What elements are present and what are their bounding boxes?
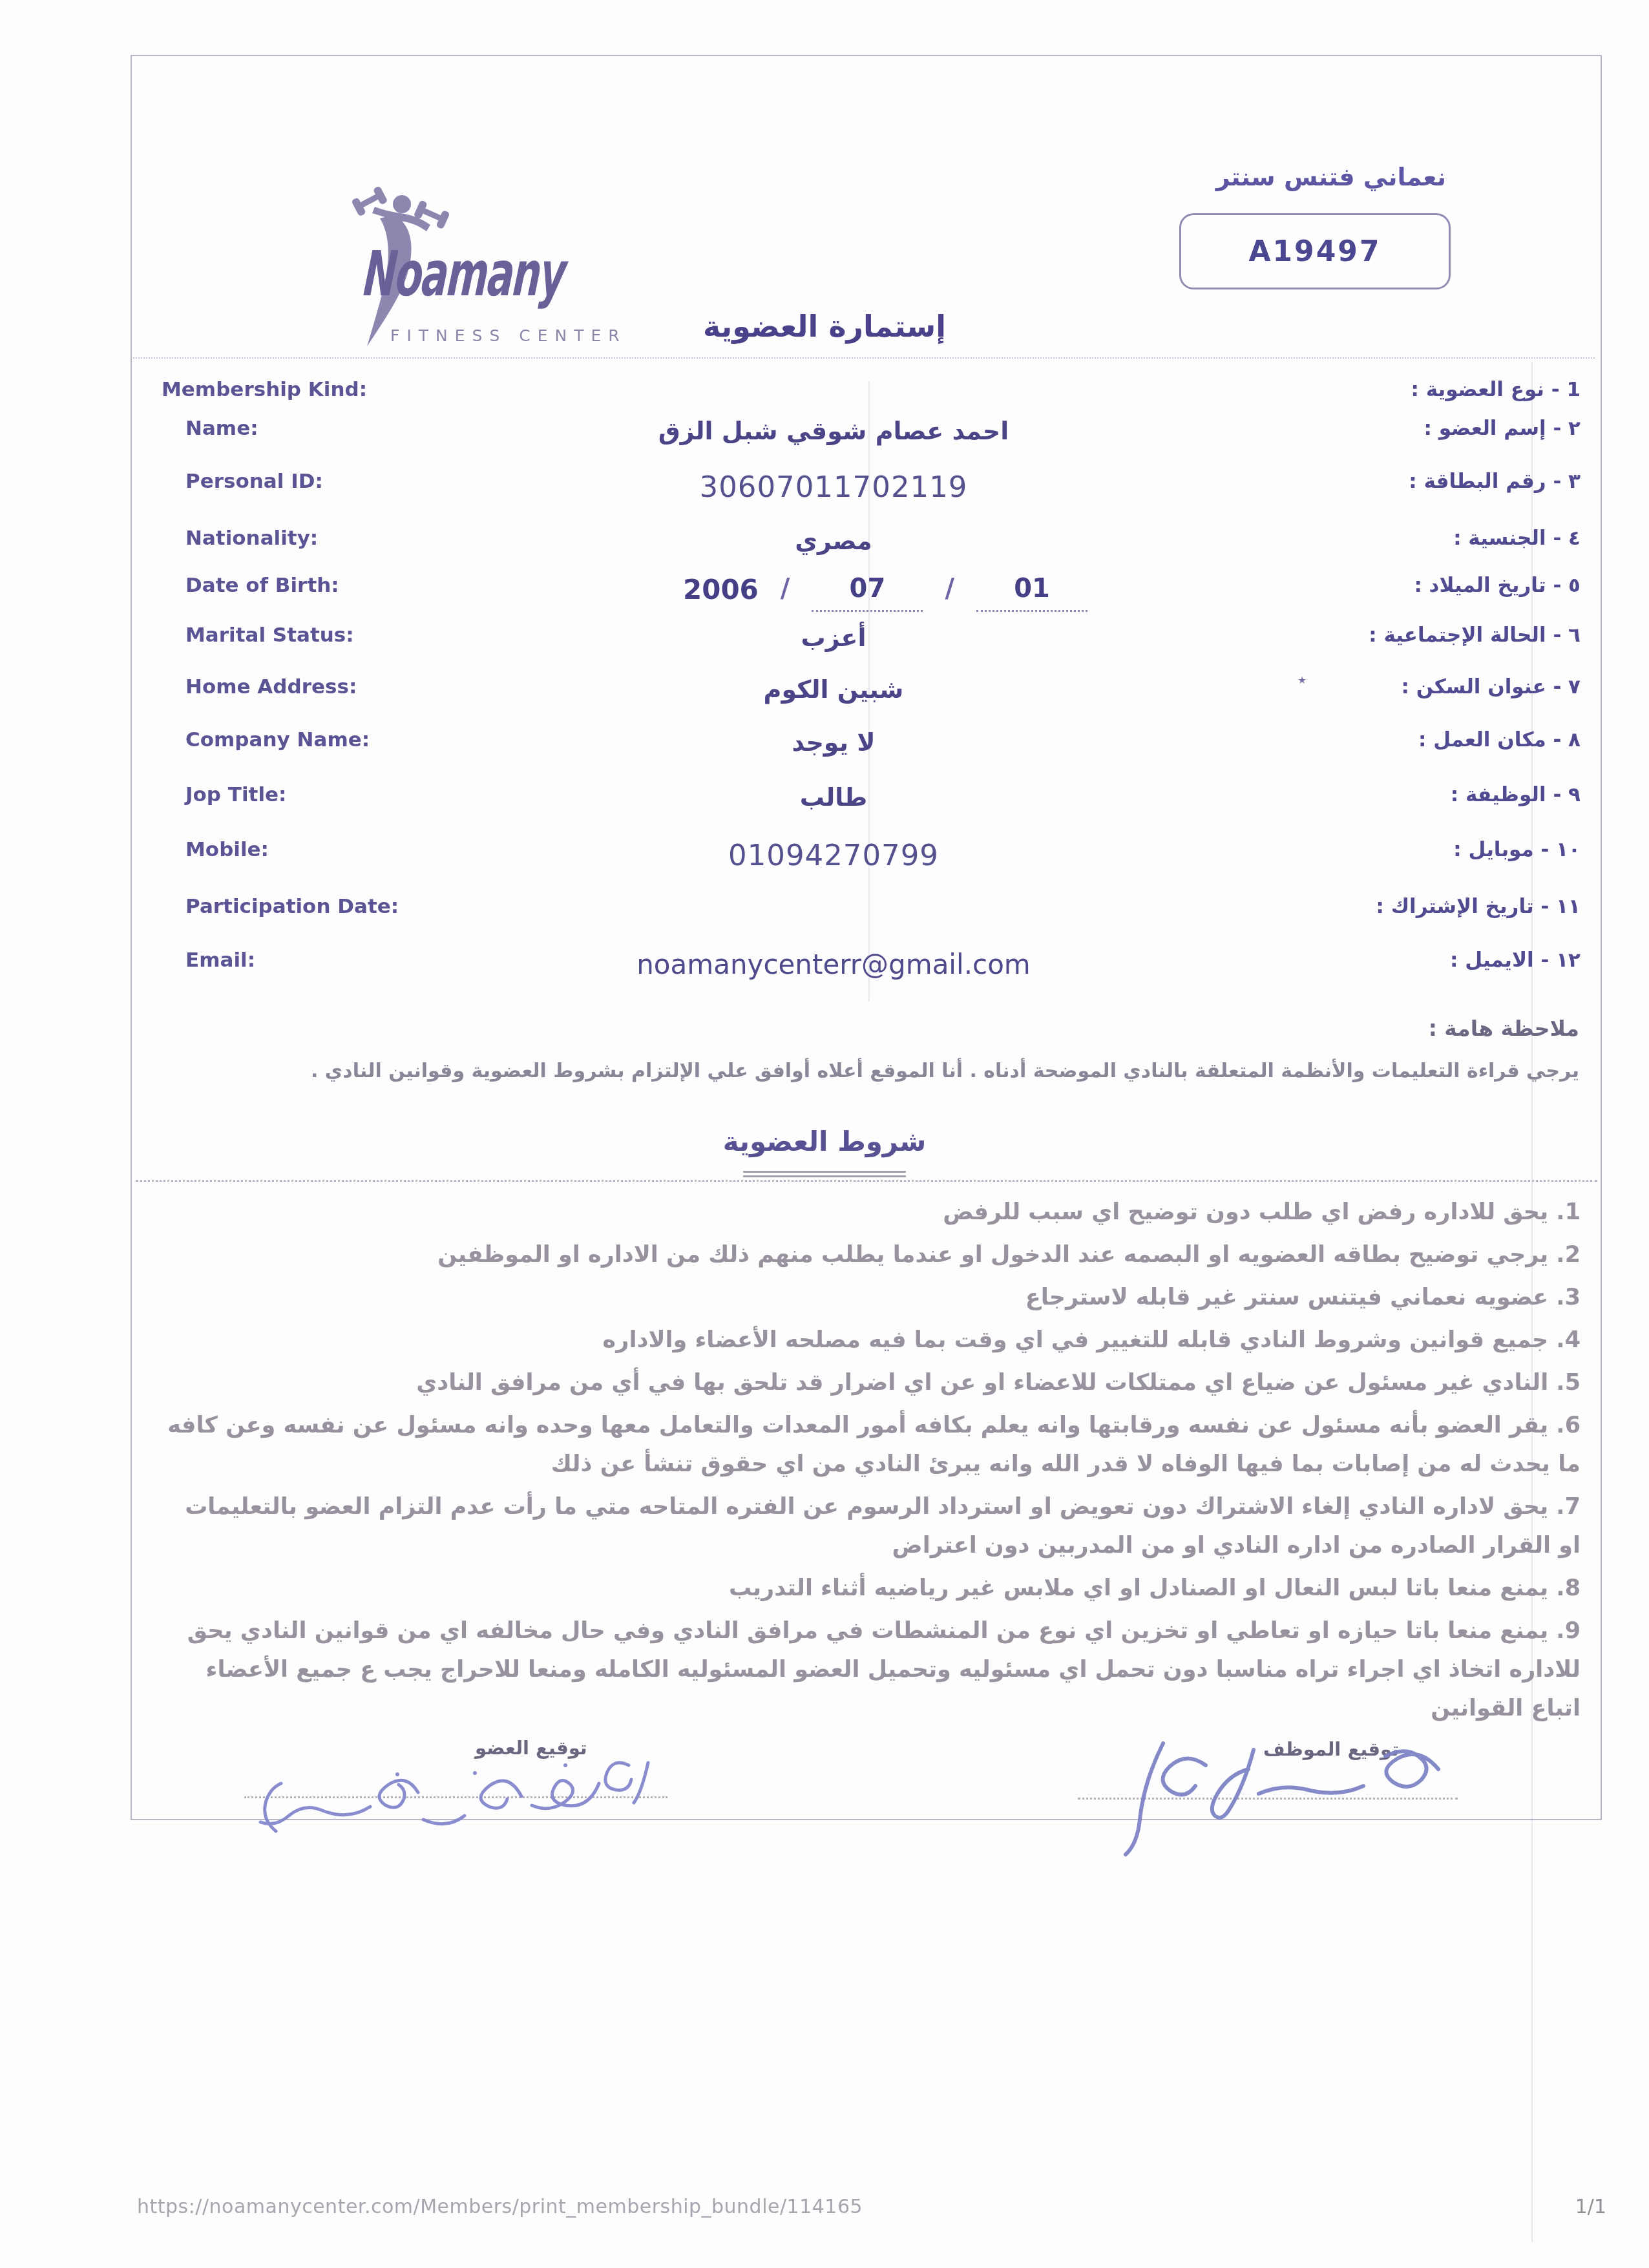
field-label-en: Jop Title: xyxy=(185,783,286,806)
staff-handwritten-signature xyxy=(1060,1724,1473,1860)
field-label-ar: ٧ - عنوان السكن : xyxy=(1402,675,1581,698)
dotted-divider xyxy=(136,1180,1597,1182)
form-row-email: Email: noamanycenterr@gmail.com ١٢ - الا… xyxy=(0,949,1649,990)
date-of-birth-value: 2006 / 07 / 01 xyxy=(569,574,1202,612)
dob-separator: / xyxy=(781,574,790,604)
dob-day: 01 xyxy=(976,574,1087,612)
membership-code: A19497 xyxy=(1248,235,1381,268)
footer-url: https://noamanycenter.com/Members/print_… xyxy=(137,2196,863,2218)
page-number: 1/1 xyxy=(1575,2196,1606,2218)
term-item: 9. يمنع منعا باتا حيازه او تعاطي او تخزي… xyxy=(163,1612,1581,1728)
form-row-marital-status: Marital Status: أعزب ٦ - الحالة الإجتماع… xyxy=(0,624,1649,665)
field-value: شبين الكوم xyxy=(517,675,1150,704)
membership-terms-list: 1. يحق للاداره رفض اي طلب دون توضيح اي س… xyxy=(163,1193,1581,1732)
form-row-home-address: Home Address: شبين الكوم ٧ - عنوان السكن… xyxy=(0,675,1649,717)
field-label-ar: ٣ - رقم البطاقة : xyxy=(1409,470,1581,493)
field-label-en: Name: xyxy=(185,417,258,440)
field-value: 01094270799 xyxy=(517,838,1150,872)
term-item: 4. جميع قوانين وشروط النادي قابله للتغيي… xyxy=(163,1321,1581,1360)
field-label-ar: ١٠ - موبايل : xyxy=(1453,838,1581,861)
term-item: 7. يحق لاداره النادي إلغاء الاشتراك دون … xyxy=(163,1487,1581,1565)
form-row-participation-date: Participation Date: ١١ - تاريخ الإشتراك … xyxy=(0,895,1649,936)
field-label-ar: ٨ - مكان العمل : xyxy=(1418,728,1581,751)
field-label-ar: ١٢ - الايميل : xyxy=(1450,949,1581,972)
terms-section-title: شروط العضوية xyxy=(0,1126,1649,1157)
form-row-personal-id: Personal ID: 30607011702119 ٣ - رقم البط… xyxy=(0,470,1649,511)
important-note-body: يرجي قراءة التعليمات والأنظمة المتعلقة ب… xyxy=(311,1060,1579,1082)
field-value: لا يوجد xyxy=(517,728,1150,757)
brand-name-arabic: نعماني فتنس سنتر xyxy=(1216,163,1446,191)
term-item: 2. يرجي توضيح بطاقه العضويه او البصمه عن… xyxy=(163,1235,1581,1274)
member-handwritten-signature xyxy=(204,1745,669,1848)
dob-month: 07 xyxy=(812,574,923,612)
field-value: مصري xyxy=(517,527,1150,555)
membership-code-box: A19497 xyxy=(1179,213,1451,289)
term-item: 6. يقر العضو بأنه مسئول عن نفسه ورقابتها… xyxy=(163,1406,1581,1484)
field-label-en: Personal ID: xyxy=(185,470,323,493)
field-label-ar: ٢ - إسم العضو : xyxy=(1423,417,1581,440)
field-value: احمد عصام شوقي شبل الزق xyxy=(517,417,1150,445)
form-row-mobile: Mobile: 01094270799 ١٠ - موبايل : xyxy=(0,838,1649,879)
field-label-en: Home Address: xyxy=(185,675,357,698)
form-row-membership-kind: Membership Kind: 1 - نوع العضوية : xyxy=(0,378,1649,419)
field-label-ar: ١١ - تاريخ الإشتراك : xyxy=(1376,895,1581,918)
term-item: 3. عضويه نعماني فيتنس سنتر غير قابله لاس… xyxy=(163,1278,1581,1317)
field-label-en: Membership Kind: xyxy=(162,378,367,401)
field-label-en: Participation Date: xyxy=(185,895,399,918)
field-label-ar: ٥ - تاريخ الميلاد : xyxy=(1414,574,1581,597)
field-value: noamanycenterr@gmail.com xyxy=(517,949,1150,980)
field-label-ar: ٤ - الجنسية : xyxy=(1453,527,1581,550)
scanned-membership-form-page: Noamany FITNESS CENTER نعماني فتنس سنتر … xyxy=(0,0,1649,2268)
field-label-en: Email: xyxy=(185,949,255,972)
field-value: طالب xyxy=(517,783,1150,812)
field-value: 30607011702119 xyxy=(517,470,1150,504)
field-label-en: Date of Birth: xyxy=(185,574,339,597)
terms-title-underline xyxy=(743,1171,906,1177)
field-label-en: Company Name: xyxy=(185,728,370,751)
dob-year: 2006 xyxy=(683,574,759,605)
term-item: 8. يمنع منعا باتا لبس النعال او الصنادل … xyxy=(163,1569,1581,1608)
field-value: أعزب xyxy=(517,624,1150,652)
term-item: 5. النادي غير مسئول عن ضياع اي ممتلكات ل… xyxy=(163,1363,1581,1402)
form-row-job-title: Jop Title: طالب ٩ - الوظيفة : xyxy=(0,783,1649,824)
stray-ink-mark: ٭ xyxy=(1297,671,1307,690)
field-label-ar: ٦ - الحالة الإجتماعية : xyxy=(1369,624,1581,647)
form-row-date-of-birth: Date of Birth: 2006 / 07 / 01 ٥ - تاريخ … xyxy=(0,574,1649,615)
form-row-company-name: Company Name: لا يوجد ٨ - مكان العمل : xyxy=(0,728,1649,770)
field-label-en: Marital Status: xyxy=(185,624,354,647)
form-title: إستمارة العضوية xyxy=(0,309,1649,344)
logo-wordmark: Noamany xyxy=(361,238,568,310)
form-row-nationality: Nationality: مصري ٤ - الجنسية : xyxy=(0,527,1649,568)
dotted-divider xyxy=(133,357,1595,359)
field-label-ar: ٩ - الوظيفة : xyxy=(1451,783,1581,806)
form-row-name: Name: احمد عصام شوقي شبل الزق ٢ - إسم ال… xyxy=(0,417,1649,458)
important-note-heading: ملاحظة هامة : xyxy=(1429,1016,1579,1041)
field-label-ar: 1 - نوع العضوية : xyxy=(1411,378,1581,401)
field-label-en: Nationality: xyxy=(185,527,318,550)
term-item: 1. يحق للاداره رفض اي طلب دون توضيح اي س… xyxy=(163,1193,1581,1232)
field-label-en: Mobile: xyxy=(185,838,269,861)
dob-separator: / xyxy=(945,574,954,604)
